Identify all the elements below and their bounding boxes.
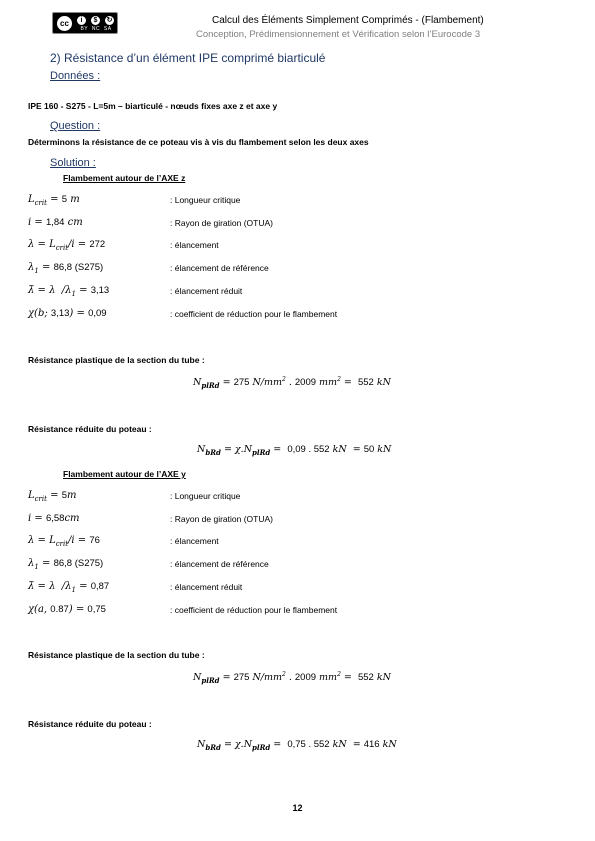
parameter-formula: χ(b; 3,13) = 0,09 (28, 308, 107, 319)
parameter-formula: i = 1,84 cm (28, 217, 83, 228)
parameter-formula: λ1 = 86,8 (S275) (28, 262, 103, 275)
cc-license-badge: cc i $ ↻ BY NC SA (52, 12, 118, 34)
parameter-formula: λ = Lcrit/i = 76 (28, 535, 100, 548)
parameter-formula: λ1 = 86,8 (S275) (28, 558, 103, 571)
parameter-formula: i = 6,58cm (28, 513, 80, 524)
parameter-formula: Lcrit = 5m (28, 490, 77, 503)
axis-z-plastic-label: Résistance plastique de la section du tu… (28, 355, 205, 365)
axis-y-reduced-label: Résistance réduite du poteau : (28, 719, 152, 729)
document-subtitle: Conception, Prédimensionnement et Vérifi… (196, 29, 480, 40)
donnees-label: Données : (50, 70, 100, 82)
by-icon: i (76, 15, 87, 26)
parameter-formula: λ = Lcrit/i = 272 (28, 239, 105, 252)
parameter-formula: λ̄ = λ /λ1 = 0,87 (28, 581, 109, 594)
axis-z-heading: Flambement autour de l’AXE z (63, 173, 185, 183)
parameter-description: : élancement (170, 536, 219, 546)
sa-icon: ↻ (104, 15, 115, 26)
axis-y-plastic-equation: NplRd = 275 N/mm2 . 2009 mm2 = 552 kN (193, 671, 391, 685)
parameter-formula: λ̄ = λ /λ1 = 3,13 (28, 285, 109, 298)
nc-icon: $ (90, 15, 101, 26)
parameter-description: : coefficient de réduction pour le flamb… (170, 605, 337, 615)
donnees-text: IPE 160 - S275 - L=5m – biarticulé - nœu… (28, 101, 277, 111)
axis-y-heading: Flambement autour de l’AXE y (63, 469, 186, 479)
axis-z-reduced-label: Résistance réduite du poteau : (28, 424, 152, 434)
section-title: 2) Résistance d’un élément IPE comprimé … (50, 51, 325, 65)
parameter-description: : Longueur critique (170, 195, 240, 205)
page-number: 12 (0, 803, 595, 813)
parameter-description: : élancement réduit (170, 286, 242, 296)
axis-z-plastic-equation: NplRd = 275 N/mm2 . 2009 mm2 = 552 kN (193, 376, 391, 390)
parameter-description: : coefficient de réduction pour le flamb… (170, 309, 337, 319)
document-title: Calcul des Éléments Simplement Comprimés… (212, 15, 484, 26)
parameter-description: : Longueur critique (170, 491, 240, 501)
solution-label: Solution : (50, 157, 96, 169)
question-label: Question : (50, 120, 100, 132)
parameter-formula: Lcrit = 5 m (28, 194, 80, 207)
axis-y-plastic-label: Résistance plastique de la section du tu… (28, 650, 205, 660)
parameter-description: : élancement réduit (170, 582, 242, 592)
parameter-formula: χ(a, 0.87) = 0,75 (28, 604, 106, 615)
parameter-description: : Rayon de giration (OTUA) (170, 514, 273, 524)
axis-z-reduced-equation: NbRd = χ.NplRd = 0,09 . 552 kN = 50 kN (197, 444, 391, 457)
axis-y-reduced-equation: NbRd = χ.NplRd = 0,75 . 552 kN = 416 kN (197, 739, 397, 752)
parameter-description: : élancement (170, 240, 219, 250)
cc-icon: cc (56, 15, 73, 32)
parameter-description: : élancement de référence (170, 263, 269, 273)
question-text: Déterminons la résistance de ce poteau v… (28, 137, 369, 147)
license-labels: BY NC SA (75, 26, 117, 32)
parameter-description: : Rayon de giration (OTUA) (170, 218, 273, 228)
parameter-description: : élancement de référence (170, 559, 269, 569)
